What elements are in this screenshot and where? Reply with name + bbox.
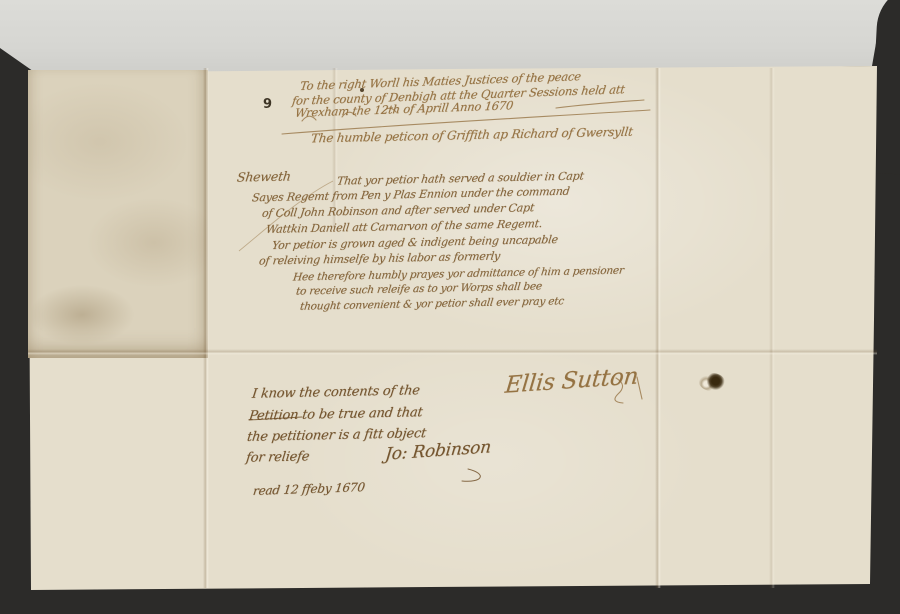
archival-number: 9 [263, 97, 272, 112]
body-sideword: Sheweth [236, 168, 292, 184]
manuscript-photo: 9 To the right Worll his Maties Justices… [0, 0, 900, 614]
certification-line-4: for reliefe [245, 449, 310, 465]
